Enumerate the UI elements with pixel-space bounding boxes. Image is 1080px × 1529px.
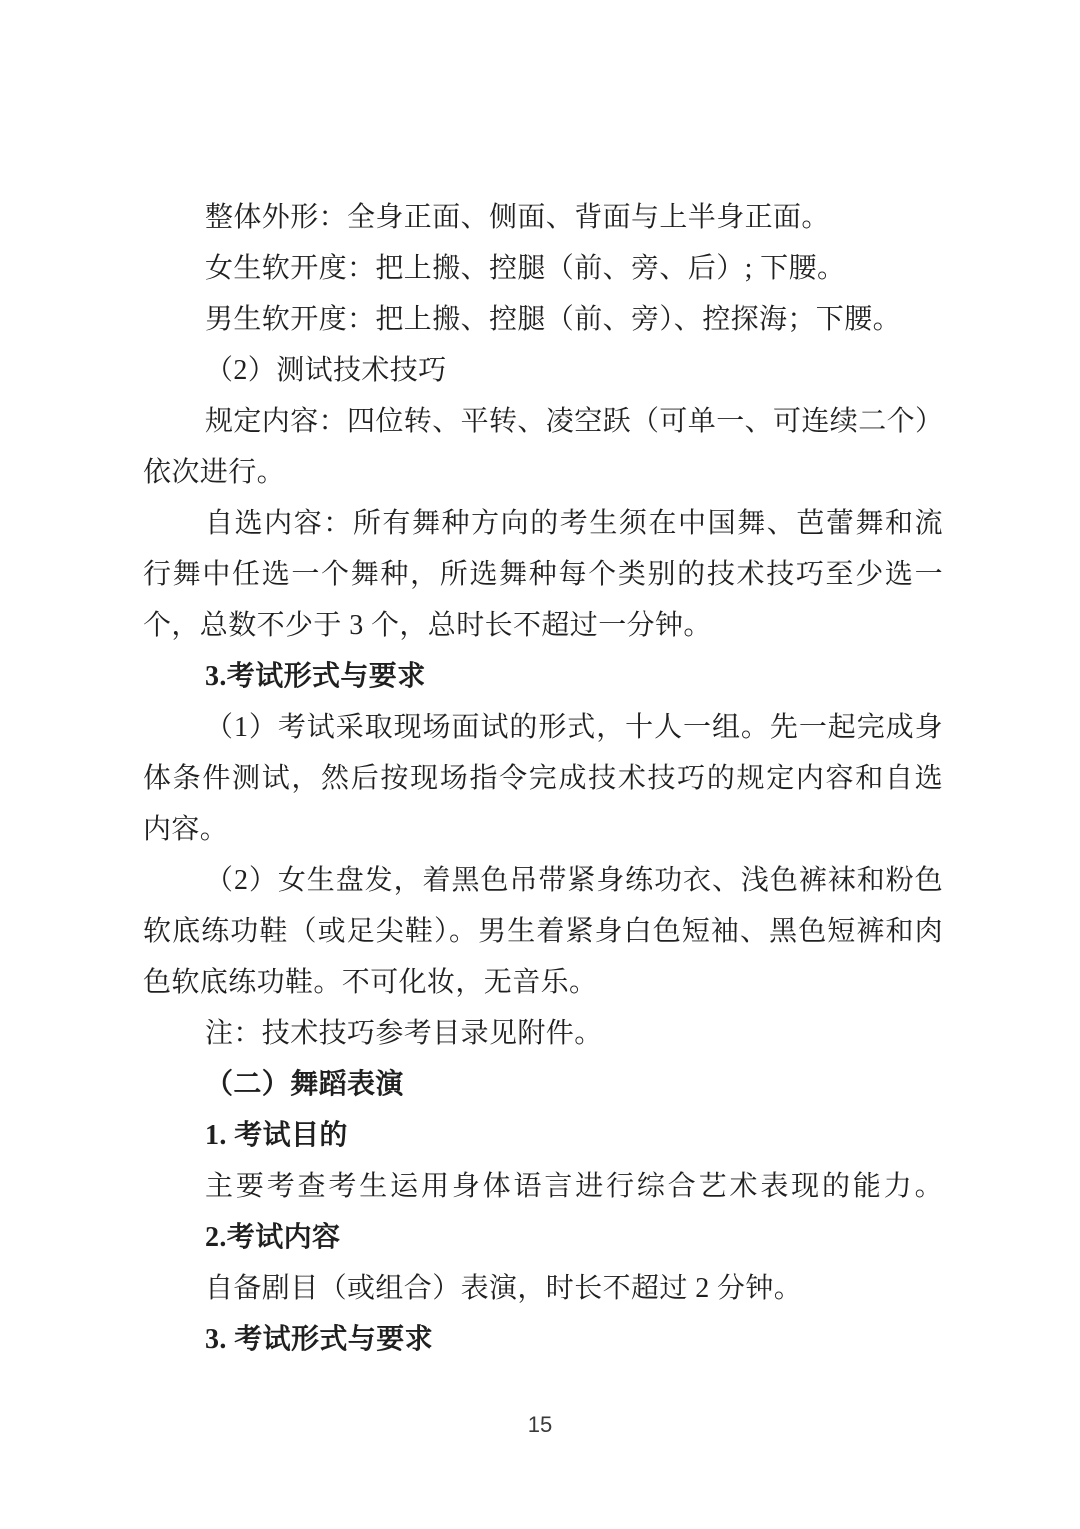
text-line: 体条件测试，然后按现场指令完成技术技巧的规定内容和自选 xyxy=(143,753,943,804)
text-line: 规定内容：四位转、平转、凌空跃（可单一、可连续二个） xyxy=(143,396,943,447)
text-line: 主要考查考生运用身体语言进行综合艺术表现的能力。 xyxy=(143,1161,943,1212)
document-page: 整体外形：全身正面、侧面、背面与上半身正面。女生软开度：把上搬、控腿（前、旁、后… xyxy=(0,0,1080,1529)
text-line: 3. 考试形式与要求 xyxy=(143,1314,943,1365)
text-line: 自备剧目（或组合）表演，时长不超过 2 分钟。 xyxy=(143,1263,943,1314)
text-line: 注：技术技巧参考目录见附件。 xyxy=(143,1008,943,1059)
text-line: 软底练功鞋（或足尖鞋）。男生着紧身白色短袖、黑色短裤和肉 xyxy=(143,906,943,957)
text-line: 1. 考试目的 xyxy=(143,1110,943,1161)
text-line: 自选内容：所有舞种方向的考生须在中国舞、芭蕾舞和流 xyxy=(143,498,943,549)
page-number: 15 xyxy=(0,1410,1080,1440)
text-line: 2.考试内容 xyxy=(143,1212,943,1263)
text-line: （1）考试采取现场面试的形式，十人一组。先一起完成身 xyxy=(143,702,943,753)
text-line: 个，总数不少于 3 个，总时长不超过一分钟。 xyxy=(143,600,943,651)
text-line: 整体外形：全身正面、侧面、背面与上半身正面。 xyxy=(143,192,943,243)
text-line: （2）女生盘发，着黑色吊带紧身练功衣、浅色裤袜和粉色 xyxy=(143,855,943,906)
text-line: 依次进行。 xyxy=(143,447,943,498)
text-line: （二）舞蹈表演 xyxy=(143,1059,943,1110)
text-line: 男生软开度：把上搬、控腿（前、旁）、控探海；下腰。 xyxy=(143,294,943,345)
document-body: 整体外形：全身正面、侧面、背面与上半身正面。女生软开度：把上搬、控腿（前、旁、后… xyxy=(143,192,943,1365)
text-line: （2）测试技术技巧 xyxy=(143,345,943,396)
text-line: 色软底练功鞋。不可化妆，无音乐。 xyxy=(143,957,943,1008)
text-line: 内容。 xyxy=(143,804,943,855)
text-line: 行舞中任选一个舞种，所选舞种每个类别的技术技巧至少选一 xyxy=(143,549,943,600)
text-line: 3.考试形式与要求 xyxy=(143,651,943,702)
text-line: 女生软开度：把上搬、控腿（前、旁、后）; 下腰。 xyxy=(143,243,943,294)
